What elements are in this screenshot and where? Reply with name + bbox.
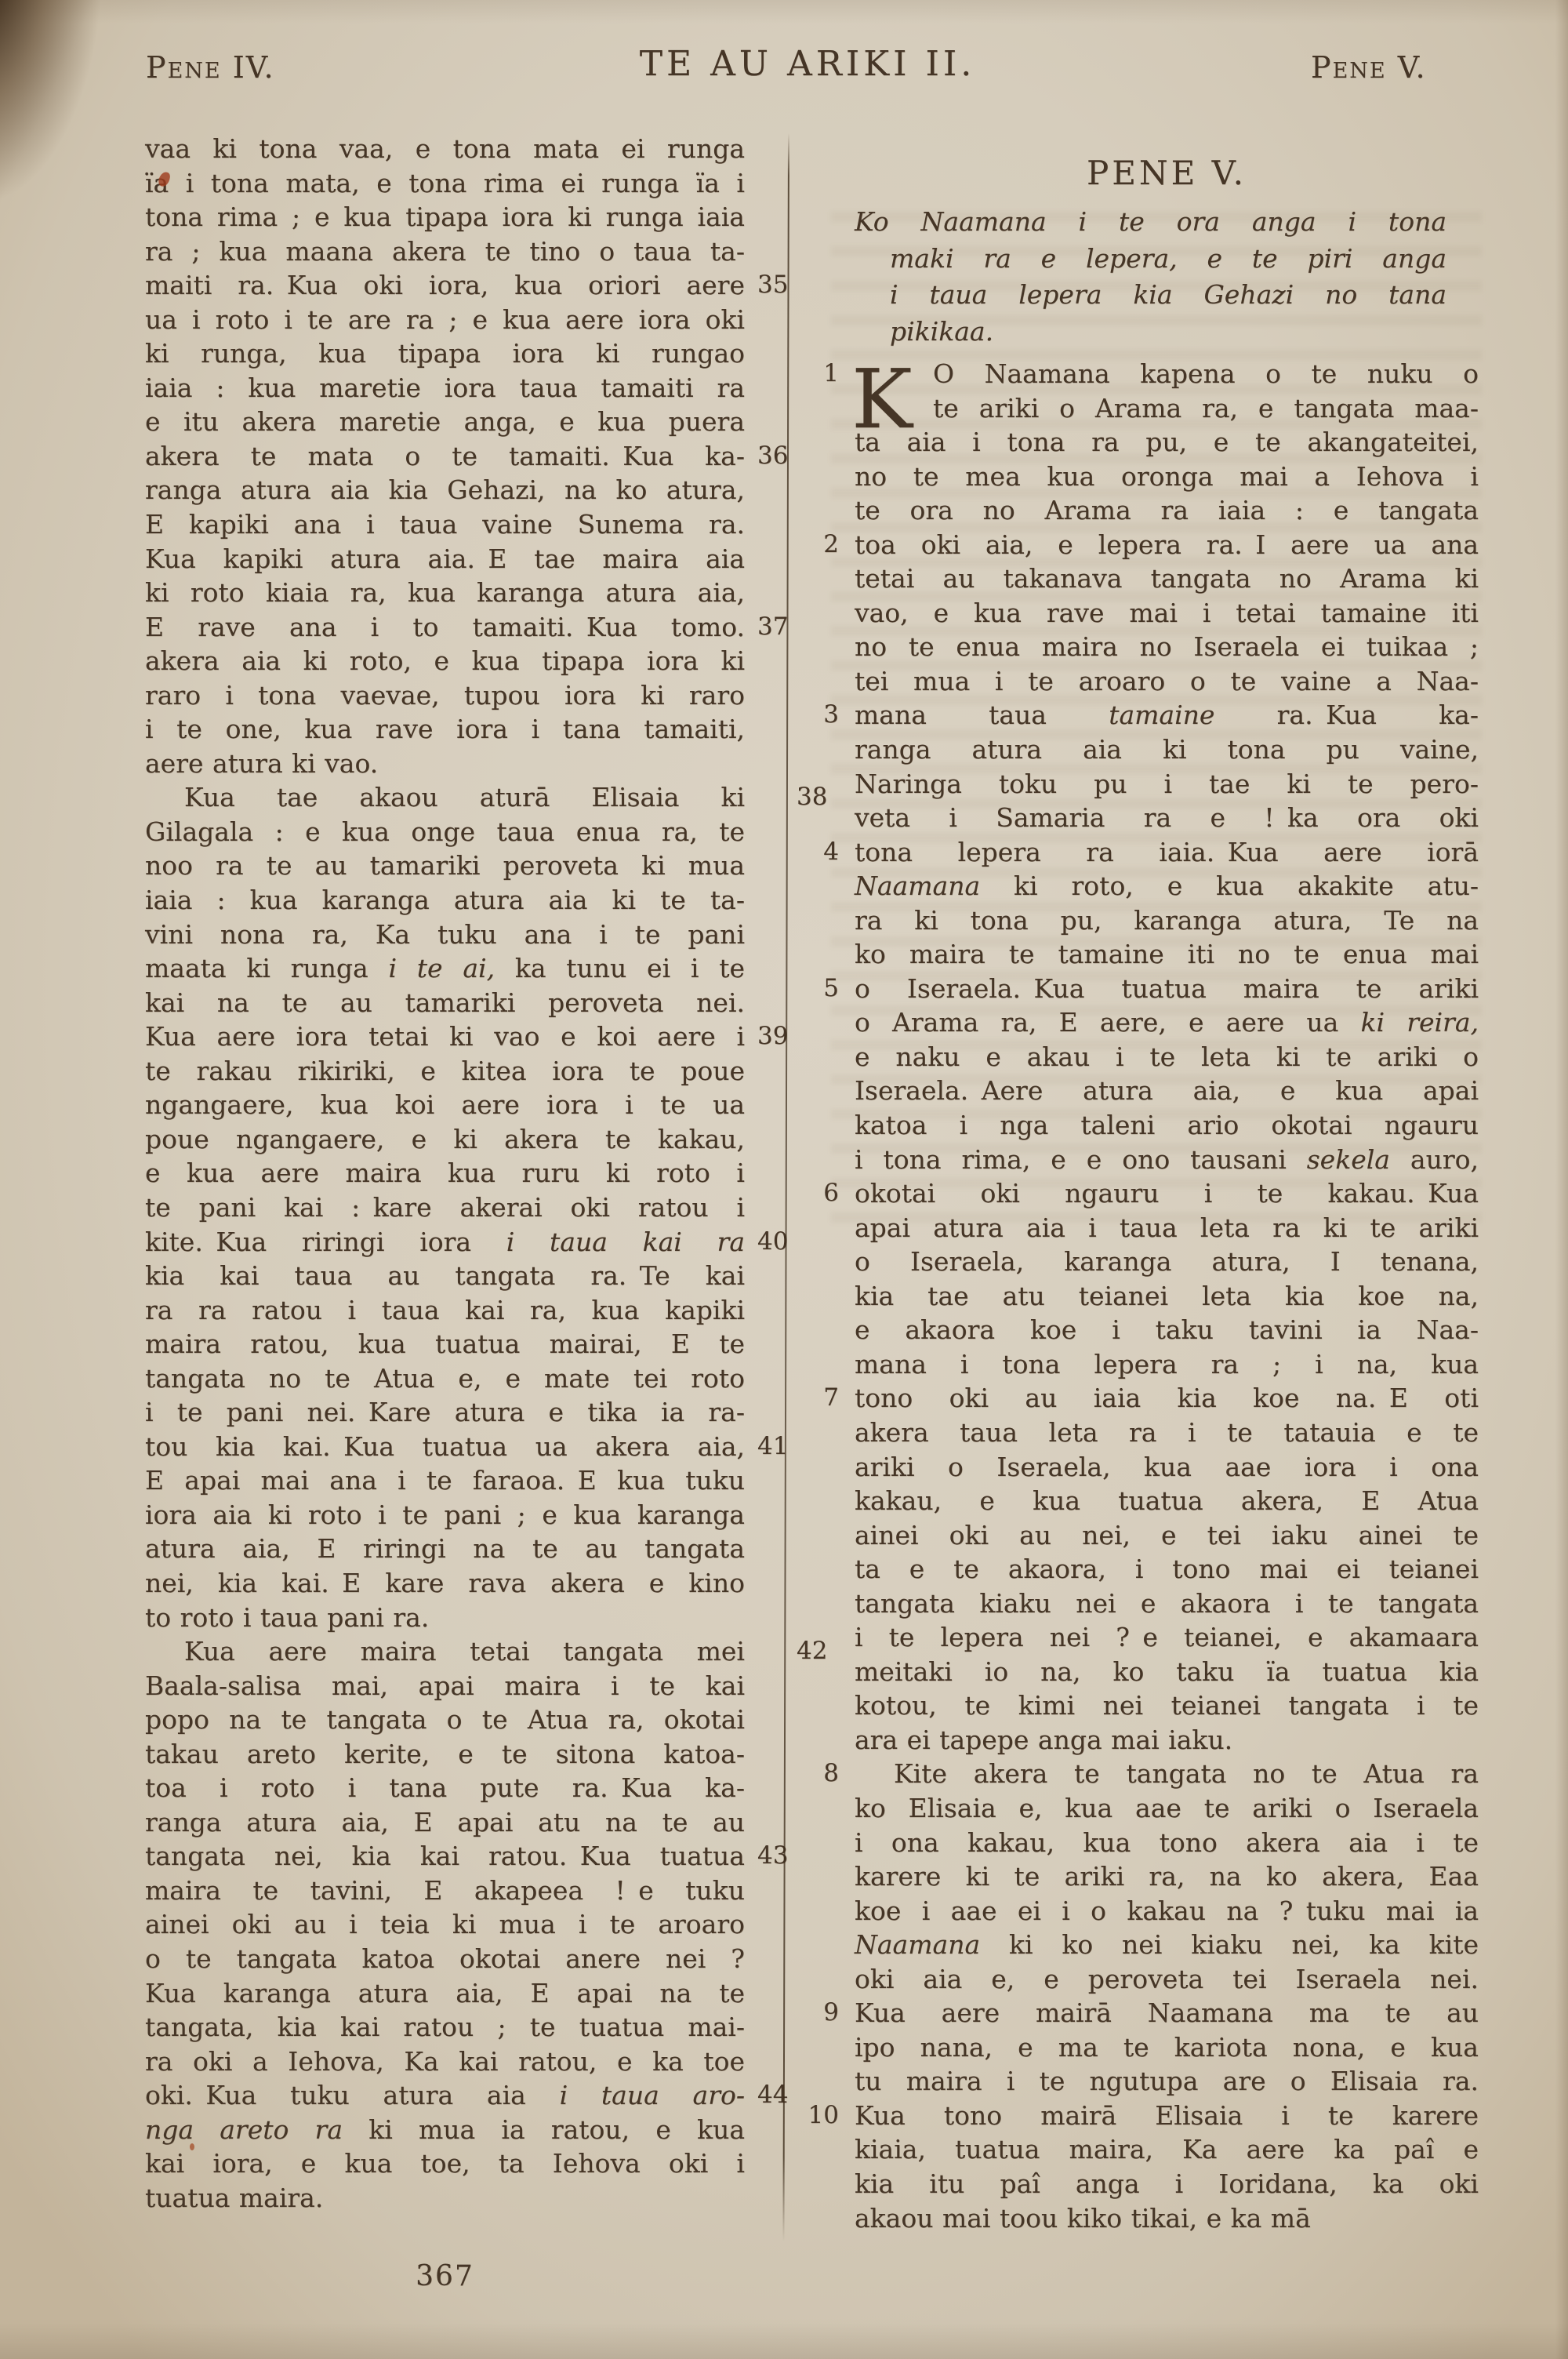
right-column: KO Naamana kapena o te nuku o1te ariki o… — [855, 357, 1479, 2235]
text-line: tou kia kai. Kua tuatua ua akera aia,41 — [145, 1430, 745, 1464]
text-line: vaa ki tona vaa, e tona mata ei runga — [145, 132, 745, 166]
text-line: takau areto kerite, e te sitona katoa- — [145, 1737, 745, 1772]
verse-number: 36 — [757, 439, 788, 474]
page-number: 367 — [145, 2260, 745, 2292]
text-line: E kapiki ana i taua vaine Sunema ra. — [145, 507, 745, 542]
text-line: i te lepera nei ? e teianei, e akamaara — [855, 1620, 1479, 1655]
text-line: tangata nei, kia kai ratou. Kua tuatua43 — [145, 1839, 745, 1874]
text-line: iaia : kua karanga atura aia ki te ta- — [145, 883, 745, 918]
text-line: okotai oki ngauru i te kakau. Kua6 — [855, 1176, 1479, 1211]
text-line: vini nona ra, Ka tuku ana i te pani — [145, 918, 745, 952]
text-line: te ora no Arama ra iaia : e tangata — [855, 493, 1479, 528]
text-line: e naku e akau i te leta ki te ariki o — [855, 1040, 1479, 1074]
text-line: kai na te au tamariki peroveta nei. — [145, 986, 745, 1020]
text-line: maira te tavini, E akapeea ! e tuku — [145, 1874, 745, 1908]
running-header-right: Pene V. — [1311, 50, 1427, 85]
text-line: tangata kiaku nei e akaora i te tangata — [855, 1587, 1479, 1621]
chapter-summary: Ko Naamana i te ora anga i tonamaki ra e… — [855, 204, 1446, 350]
text-line: Naamana ki ko nei kiaku nei, ka kite — [855, 1928, 1479, 1962]
text-line: tetai au takanava tangata no Arama ki — [855, 562, 1479, 596]
text-line: E apai mai ana i te faraoa. E kua tuku — [145, 1463, 745, 1498]
text-line: iora aia ki roto i te pani ; e kua karan… — [145, 1498, 745, 1532]
text-line: ranga atura aia kia Gehazi, na ko atura, — [145, 473, 745, 507]
text-line: ki runga, kua tipapa iora ki rungao — [145, 336, 745, 371]
text-line: raro i tona vaevae, tupou iora ki raro — [145, 678, 745, 713]
verse-number: 9 — [823, 1996, 839, 2030]
verse-number: 4 — [823, 835, 839, 870]
text-line: akera taua leta ra i te tatauia e te — [855, 1416, 1479, 1450]
text-line: akaou mai toou kiko tikai, e ka mā — [855, 2201, 1479, 2236]
verse-number: 38 — [757, 780, 827, 815]
ink-stain — [190, 2143, 194, 2150]
text-line: E rave ana i to tamaiti. Kua tomo.37 — [145, 610, 745, 645]
text-line: ïa i tona mata, e tona rima ei runga ïa … — [145, 166, 745, 201]
text-line: tangata, kia kai ratou ; te tuatua mai- — [145, 2010, 745, 2045]
text-line: Kua karanga atura aia, E apai na te — [145, 1976, 745, 2011]
text-line: kakau, e kua tuatua akera, E Atua — [855, 1484, 1479, 1518]
text-line: i ona kakau, kua tono akera aia i te — [855, 1826, 1479, 1860]
text-line: tona lepera ra iaia. Kua aere iorā4 — [855, 835, 1479, 870]
text-line: veta i Samaria ra e ! ka ora oki — [855, 801, 1479, 835]
text-line: tu maira i te ngutupa are o Elisaia ra. — [855, 2064, 1479, 2099]
text-line: oki. Kua tuku atura aia i taua aro-44 — [145, 2078, 745, 2113]
verse-number: 39 — [757, 1020, 788, 1054]
text-line: ranga atura aia ki tona pu vaine, — [855, 732, 1479, 767]
text-line: e kua aere maira kua ruru ki roto i — [145, 1156, 745, 1190]
text-line: Kua aere iora tetai ki vao e koi aere i3… — [145, 1020, 745, 1054]
verse-number: 37 — [757, 610, 788, 645]
text-line: o te tangata katoa okotai anere nei ? — [145, 1942, 745, 1976]
text-line: Gilagala : e kua onge taua enua ra, te — [145, 815, 745, 849]
text-line: o Iseraela, karanga atura, I tenana, — [855, 1245, 1479, 1279]
text-line: Baala-salisa mai, apai maira i te kai — [145, 1669, 745, 1703]
verse-number: 1 — [823, 357, 839, 391]
text-line: Kua kapiki atura aia. E tae maira aia — [145, 542, 745, 576]
text-line: e itu akera maretie anga, e kua puera — [145, 405, 745, 439]
text-line: ko Elisaia e, kua aae te ariki o Iserael… — [855, 1791, 1479, 1826]
verse-number: 40 — [757, 1225, 788, 1259]
text-line: nga areto ra ki mua ia ratou, e kua — [145, 2113, 745, 2147]
text-line: ki roto kiaia ra, kua karanga atura aia, — [145, 576, 745, 610]
text-line: oki aia e, e peroveta tei Iseraela nei. — [855, 1962, 1479, 1997]
text-line: ta e te akaora, i tono mai ei teianei — [855, 1552, 1479, 1587]
text-line: apai atura aia i taua leta ra ki te arik… — [855, 1211, 1479, 1245]
text-line: kiaia, tuatua maira, Ka aere ka paî e — [855, 2132, 1479, 2167]
text-line: Kua tae akaou aturā Elisaia ki38 — [145, 780, 745, 815]
text-line: to roto i taua pani ra. — [145, 1601, 745, 1635]
text-line: tuatua maira. — [145, 2181, 745, 2215]
text-line: i te pani nei. Kare atura e tika ia ra- — [145, 1395, 745, 1430]
text-line: Kua aere maira tetai tangata mei42 — [145, 1634, 745, 1669]
text-line: o Arama ra, E aere, e aere ua ki reira, — [855, 1005, 1479, 1040]
text-line: kia kai taua au tangata ra. Te kai — [145, 1259, 745, 1293]
left-column: vaa ki tona vaa, e tona mata ei rungaïa … — [145, 132, 745, 2215]
chapter-summary-line: maki ra e lepera, e te piri anga — [855, 241, 1446, 278]
text-line: kotou, te kimi nei teianei tangata i te — [855, 1688, 1479, 1723]
text-line: KO Naamana kapena o te nuku o1 — [855, 357, 1479, 391]
verse-number: 7 — [823, 1381, 839, 1416]
text-line: o Iseraela. Kua tuatua maira te ariki5 — [855, 972, 1479, 1006]
text-line: e akaora koe i taku tavini ia Naa- — [855, 1313, 1479, 1347]
text-line: Kua aere mairā Naamana ma te au9 — [855, 1996, 1479, 2030]
text-line: ara ei tapepe anga mai iaku. — [855, 1723, 1479, 1757]
text-line: toa oki aia, e lepera ra. I aere ua ana2 — [855, 528, 1479, 562]
text-line: ra ki tona pu, karanga atura, Te na — [855, 903, 1479, 938]
text-line: atura aia, E riringi na te au tangata — [145, 1532, 745, 1566]
text-line: ko maira te tamaine iti no te enua mai — [855, 937, 1479, 972]
text-line: te rakau rikiriki, e kitea iora te poue — [145, 1054, 745, 1089]
text-line: ta aia i tona ra pu, e te akangateitei, — [855, 425, 1479, 460]
text-line: mana taua tamaine ra. Kua ka-3 — [855, 698, 1479, 732]
text-line: popo na te tangata o te Atua ra, okotai — [145, 1703, 745, 1737]
verse-number: 42 — [757, 1634, 827, 1669]
text-line: ra oki a Iehova, Ka kai ratou, e ka toe — [145, 2045, 745, 2079]
text-line: Naringa toku pu i tae ki te pero- — [855, 767, 1479, 801]
text-line: ranga atura aia, E apai atu na te au — [145, 1805, 745, 1840]
text-line: koe i aae ei i o kakau na ? tuku mai ia — [855, 1894, 1479, 1928]
text-line: nei, kia kai. E kare rava akera e kino — [145, 1566, 745, 1601]
verse-number: 5 — [823, 972, 839, 1006]
text-line: meitaki io na, ko taku ïa tuatua kia — [855, 1655, 1479, 1689]
text-line: te pani kai : kare akerai oki ratou i — [145, 1190, 745, 1225]
text-line: ainei oki au i teia ki mua i te aroaro — [145, 1907, 745, 1942]
text-line: Naamana ki roto, e kua akakite atu- — [855, 869, 1479, 903]
verse-number: 41 — [757, 1430, 788, 1464]
text-line: vao, e kua rave mai i tetai tamaine iti — [855, 596, 1479, 631]
text-line: ra ra ratou i taua kai ra, kua kapiki — [145, 1293, 745, 1328]
text-line: maira ratou, kua tuatua mairai, E te — [145, 1327, 745, 1361]
text-line: karere ki te ariki ra, na ko akera, Eaa — [855, 1859, 1479, 1894]
text-line: katoa i nga taleni ario okotai ngauru — [855, 1108, 1479, 1143]
verse-number: 2 — [823, 528, 839, 562]
text-line: te ariki o Arama ra, e tangata maa- — [855, 391, 1479, 426]
chapter-summary-line: i taua lepera kia Gehazi no tana — [855, 277, 1446, 314]
text-line: no te mea kua oronga mai a Iehova i — [855, 460, 1479, 494]
text-line: akera te mata o te tamaiti. Kua ka-36 — [145, 439, 745, 474]
text-line: no te enua maira no Iseraela ei tuikaa ; — [855, 630, 1479, 664]
text-line: mana i tona lepera ra ; i na, kua — [855, 1347, 1479, 1382]
text-line: Kua tono mairā Elisaia i te karere10 — [855, 2099, 1479, 2133]
verse-number: 35 — [757, 268, 788, 303]
text-line: noo ra te au tamariki peroveta ki mua — [145, 849, 745, 883]
verse-number: 10 — [808, 2099, 839, 2133]
text-line: tei mua i te aroaro o te vaine a Naa- — [855, 664, 1479, 699]
text-line: kia itu paî anga i Ioridana, ka oki — [855, 2167, 1479, 2201]
text-line: maata ki runga i te ai, ka tunu ei i te — [145, 951, 745, 986]
text-line: aere atura ki vao. — [145, 747, 745, 781]
text-line: toa i roto i tana pute ra. Kua ka- — [145, 1771, 745, 1805]
text-line: Kite akera te tangata no te Atua ra8 — [855, 1757, 1479, 1791]
text-line: ua i roto i te are ra ; e kua aere iora … — [145, 303, 745, 337]
text-line: iaia : kua maretie iora taua tamaiti ra — [145, 371, 745, 405]
chapter-summary-line: Ko Naamana i te ora anga i tona — [855, 204, 1446, 241]
book-page: Pene IV. TE AU ARIKI II. Pene V. vaa ki … — [0, 0, 1568, 2359]
verse-number: 6 — [823, 1176, 839, 1211]
text-line: i te one, kua rave iora i tana tamaiti, — [145, 712, 745, 747]
text-line: akera aia ki roto, e kua tipapa iora ki — [145, 644, 745, 678]
text-line: Iseraela. Aere atura aia, e kua apai — [855, 1074, 1479, 1108]
verse-number: 3 — [823, 698, 839, 732]
text-line: kite. Kua riringi iora i taua kai ra40 — [145, 1225, 745, 1259]
text-line: ainei oki au nei, e tei iaku ainei te — [855, 1518, 1479, 1553]
text-line: kai iora, e kua toe, ta Iehova oki i — [145, 2146, 745, 2181]
text-line: tangata no te Atua e, e mate tei roto — [145, 1361, 745, 1396]
text-line: maiti ra. Kua oki iora, kua oriori aere3… — [145, 268, 745, 303]
text-line: ra ; kua maana akera te tino o taua ta- — [145, 234, 745, 269]
text-line: ngangaere, kua koi aere iora i te ua — [145, 1088, 745, 1122]
text-line: i tona rima, e e ono tausani sekela auro… — [855, 1143, 1479, 1177]
verse-number: 8 — [784, 1757, 839, 1791]
text-line: tona rima ; e kua tipapa iora ki runga i… — [145, 200, 745, 234]
text-line: tono oki au iaia kia koe na. E oti7 — [855, 1381, 1479, 1416]
text-line: kia tae atu teianei leta kia koe na, — [855, 1279, 1479, 1314]
text-line: ariki o Iseraela, kua aae iora i ona — [855, 1450, 1479, 1485]
chapter-heading: PENE V. — [855, 154, 1479, 192]
text-line: ipo nana, e ma te kariota nona, e kua — [855, 2030, 1479, 2065]
chapter-summary-line: pikikaa. — [855, 314, 1446, 351]
text-line: poue ngangaere, e ki akera te kakau, — [145, 1122, 745, 1157]
